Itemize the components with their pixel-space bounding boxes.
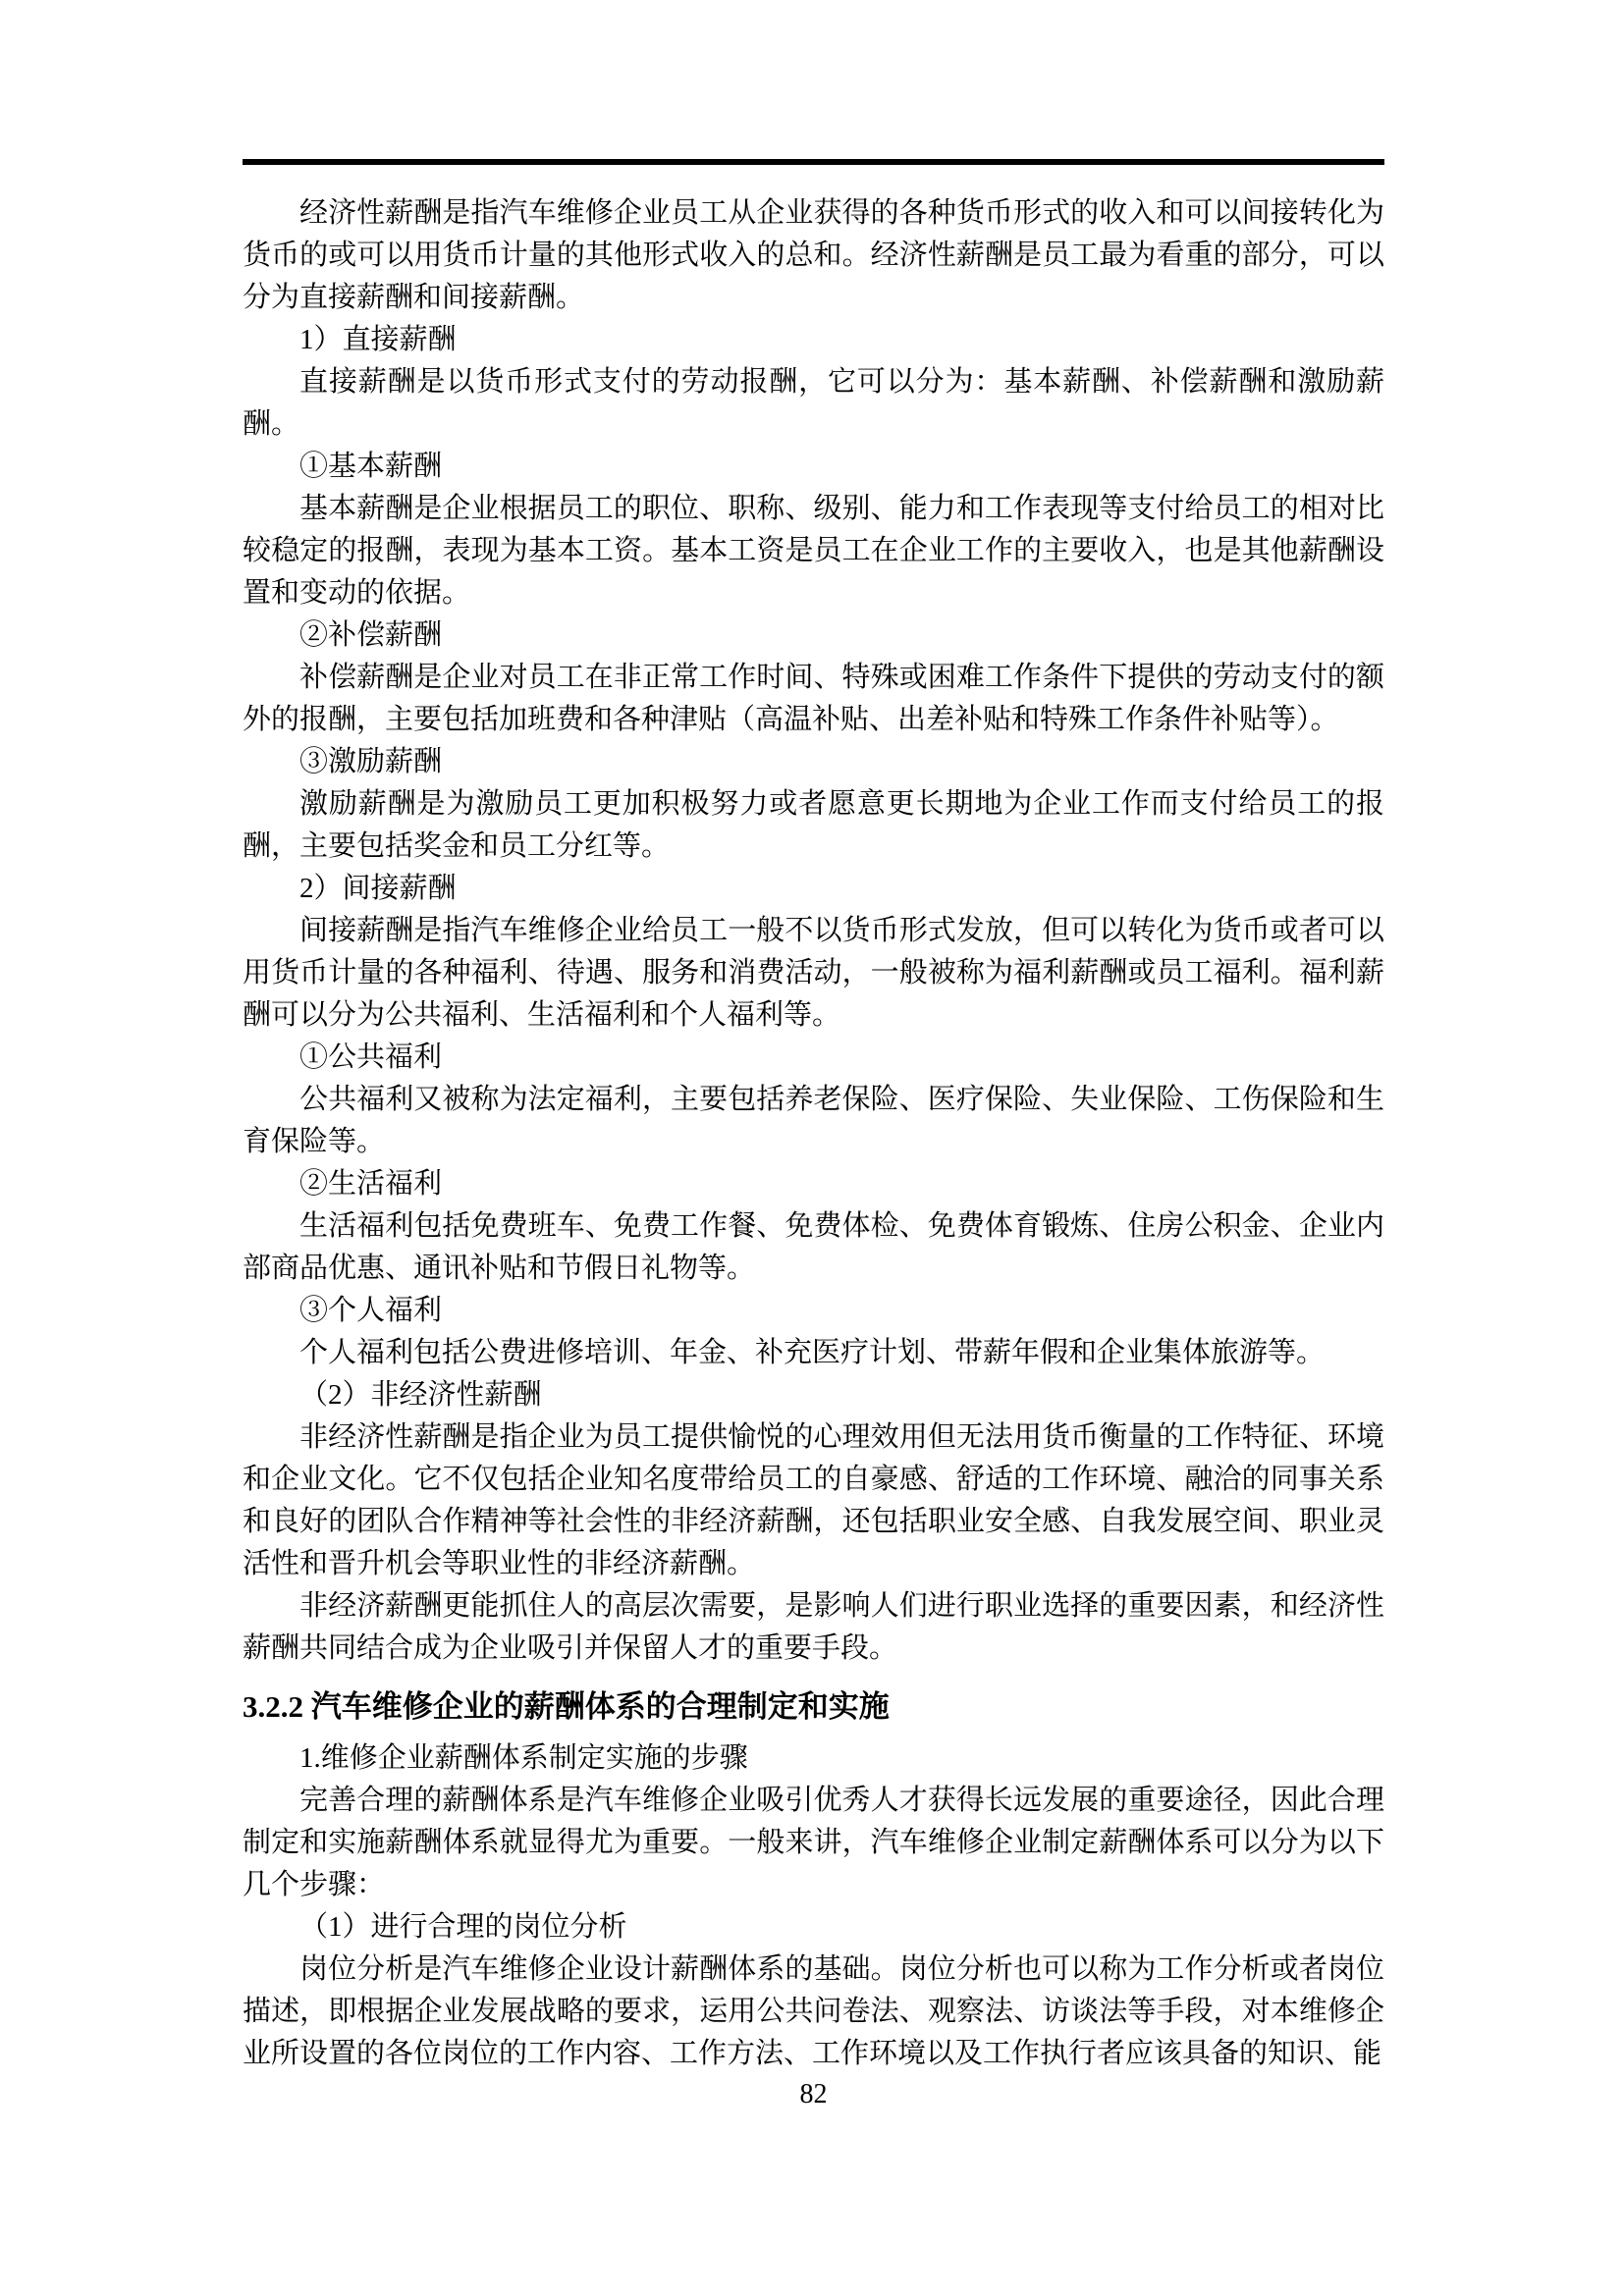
paragraph: 间接薪酬是指汽车维修企业给员工一般不以货币形式发放，但可以转化为货币或者可以用货… <box>243 910 1384 1037</box>
paragraph: （2）非经济性薪酬 <box>243 1374 1384 1416</box>
paragraph: ③个人福利 <box>243 1290 1384 1332</box>
paragraph: ③激励薪酬 <box>243 741 1384 783</box>
paragraph: 基本薪酬是企业根据员工的职位、职称、级别、能力和工作表现等支付给员工的相对比较稳… <box>243 488 1384 614</box>
paragraph: 岗位分析是汽车维修企业设计薪酬体系的基础。岗位分析也可以称为工作分析或者岗位描述… <box>243 1949 1384 2075</box>
paragraph: 激励薪酬是为激励员工更加积极努力或者愿意更长期地为企业工作而支付给员工的报酬，主… <box>243 783 1384 868</box>
paragraph: 1.维修企业薪酬体系制定实施的步骤 <box>243 1737 1384 1780</box>
paragraph: ②生活福利 <box>243 1163 1384 1205</box>
paragraph: 经济性薪酬是指汽车维修企业员工从企业获得的各种货币形式的收入和可以间接转化为货币… <box>243 192 1384 319</box>
page-body: 经济性薪酬是指汽车维修企业员工从企业获得的各种货币形式的收入和可以间接转化为货币… <box>243 192 1384 2075</box>
paragraph: 生活福利包括免费班车、免费工作餐、免费体检、免费体育锻炼、住房公积金、企业内部商… <box>243 1205 1384 1290</box>
paragraph: ②补偿薪酬 <box>243 614 1384 657</box>
document-page: 经济性薪酬是指汽车维修企业员工从企业获得的各种货币形式的收入和可以间接转化为货币… <box>0 0 1624 2296</box>
paragraph: 直接薪酬是以货币形式支付的劳动报酬，它可以分为：基本薪酬、补偿薪酬和激励薪酬。 <box>243 361 1384 446</box>
paragraph: ①公共福利 <box>243 1037 1384 1079</box>
paragraph: 补偿薪酬是企业对员工在非正常工作时间、特殊或困难工作条件下提供的劳动支付的额外的… <box>243 657 1384 741</box>
paragraph: 1）直接薪酬 <box>243 319 1384 361</box>
paragraph: ①基本薪酬 <box>243 446 1384 488</box>
paragraph: 公共福利又被称为法定福利，主要包括养老保险、医疗保险、失业保险、工伤保险和生育保… <box>243 1079 1384 1163</box>
paragraph: 非经济薪酬更能抓住人的高层次需要，是影响人们进行职业选择的重要因素，和经济性薪酬… <box>243 1585 1384 1670</box>
paragraph: 个人福利包括公费进修培训、年金、补充医疗计划、带薪年假和企业集体旅游等。 <box>243 1332 1384 1374</box>
paragraph: （1）进行合理的岗位分析 <box>243 1906 1384 1949</box>
section-heading: 3.2.2 汽车维修企业的薪酬体系的合理制定和实施 <box>243 1685 1384 1728</box>
page-number: 82 <box>243 2077 1384 2112</box>
paragraph: 完善合理的薪酬体系是汽车维修企业吸引优秀人才获得长远发展的重要途径，因此合理制定… <box>243 1780 1384 1906</box>
paragraph: 2）间接薪酬 <box>243 868 1384 910</box>
header-rule <box>243 159 1384 165</box>
paragraph: 非经济性薪酬是指企业为员工提供愉悦的心理效用但无法用货币衡量的工作特征、环境和企… <box>243 1416 1384 1585</box>
